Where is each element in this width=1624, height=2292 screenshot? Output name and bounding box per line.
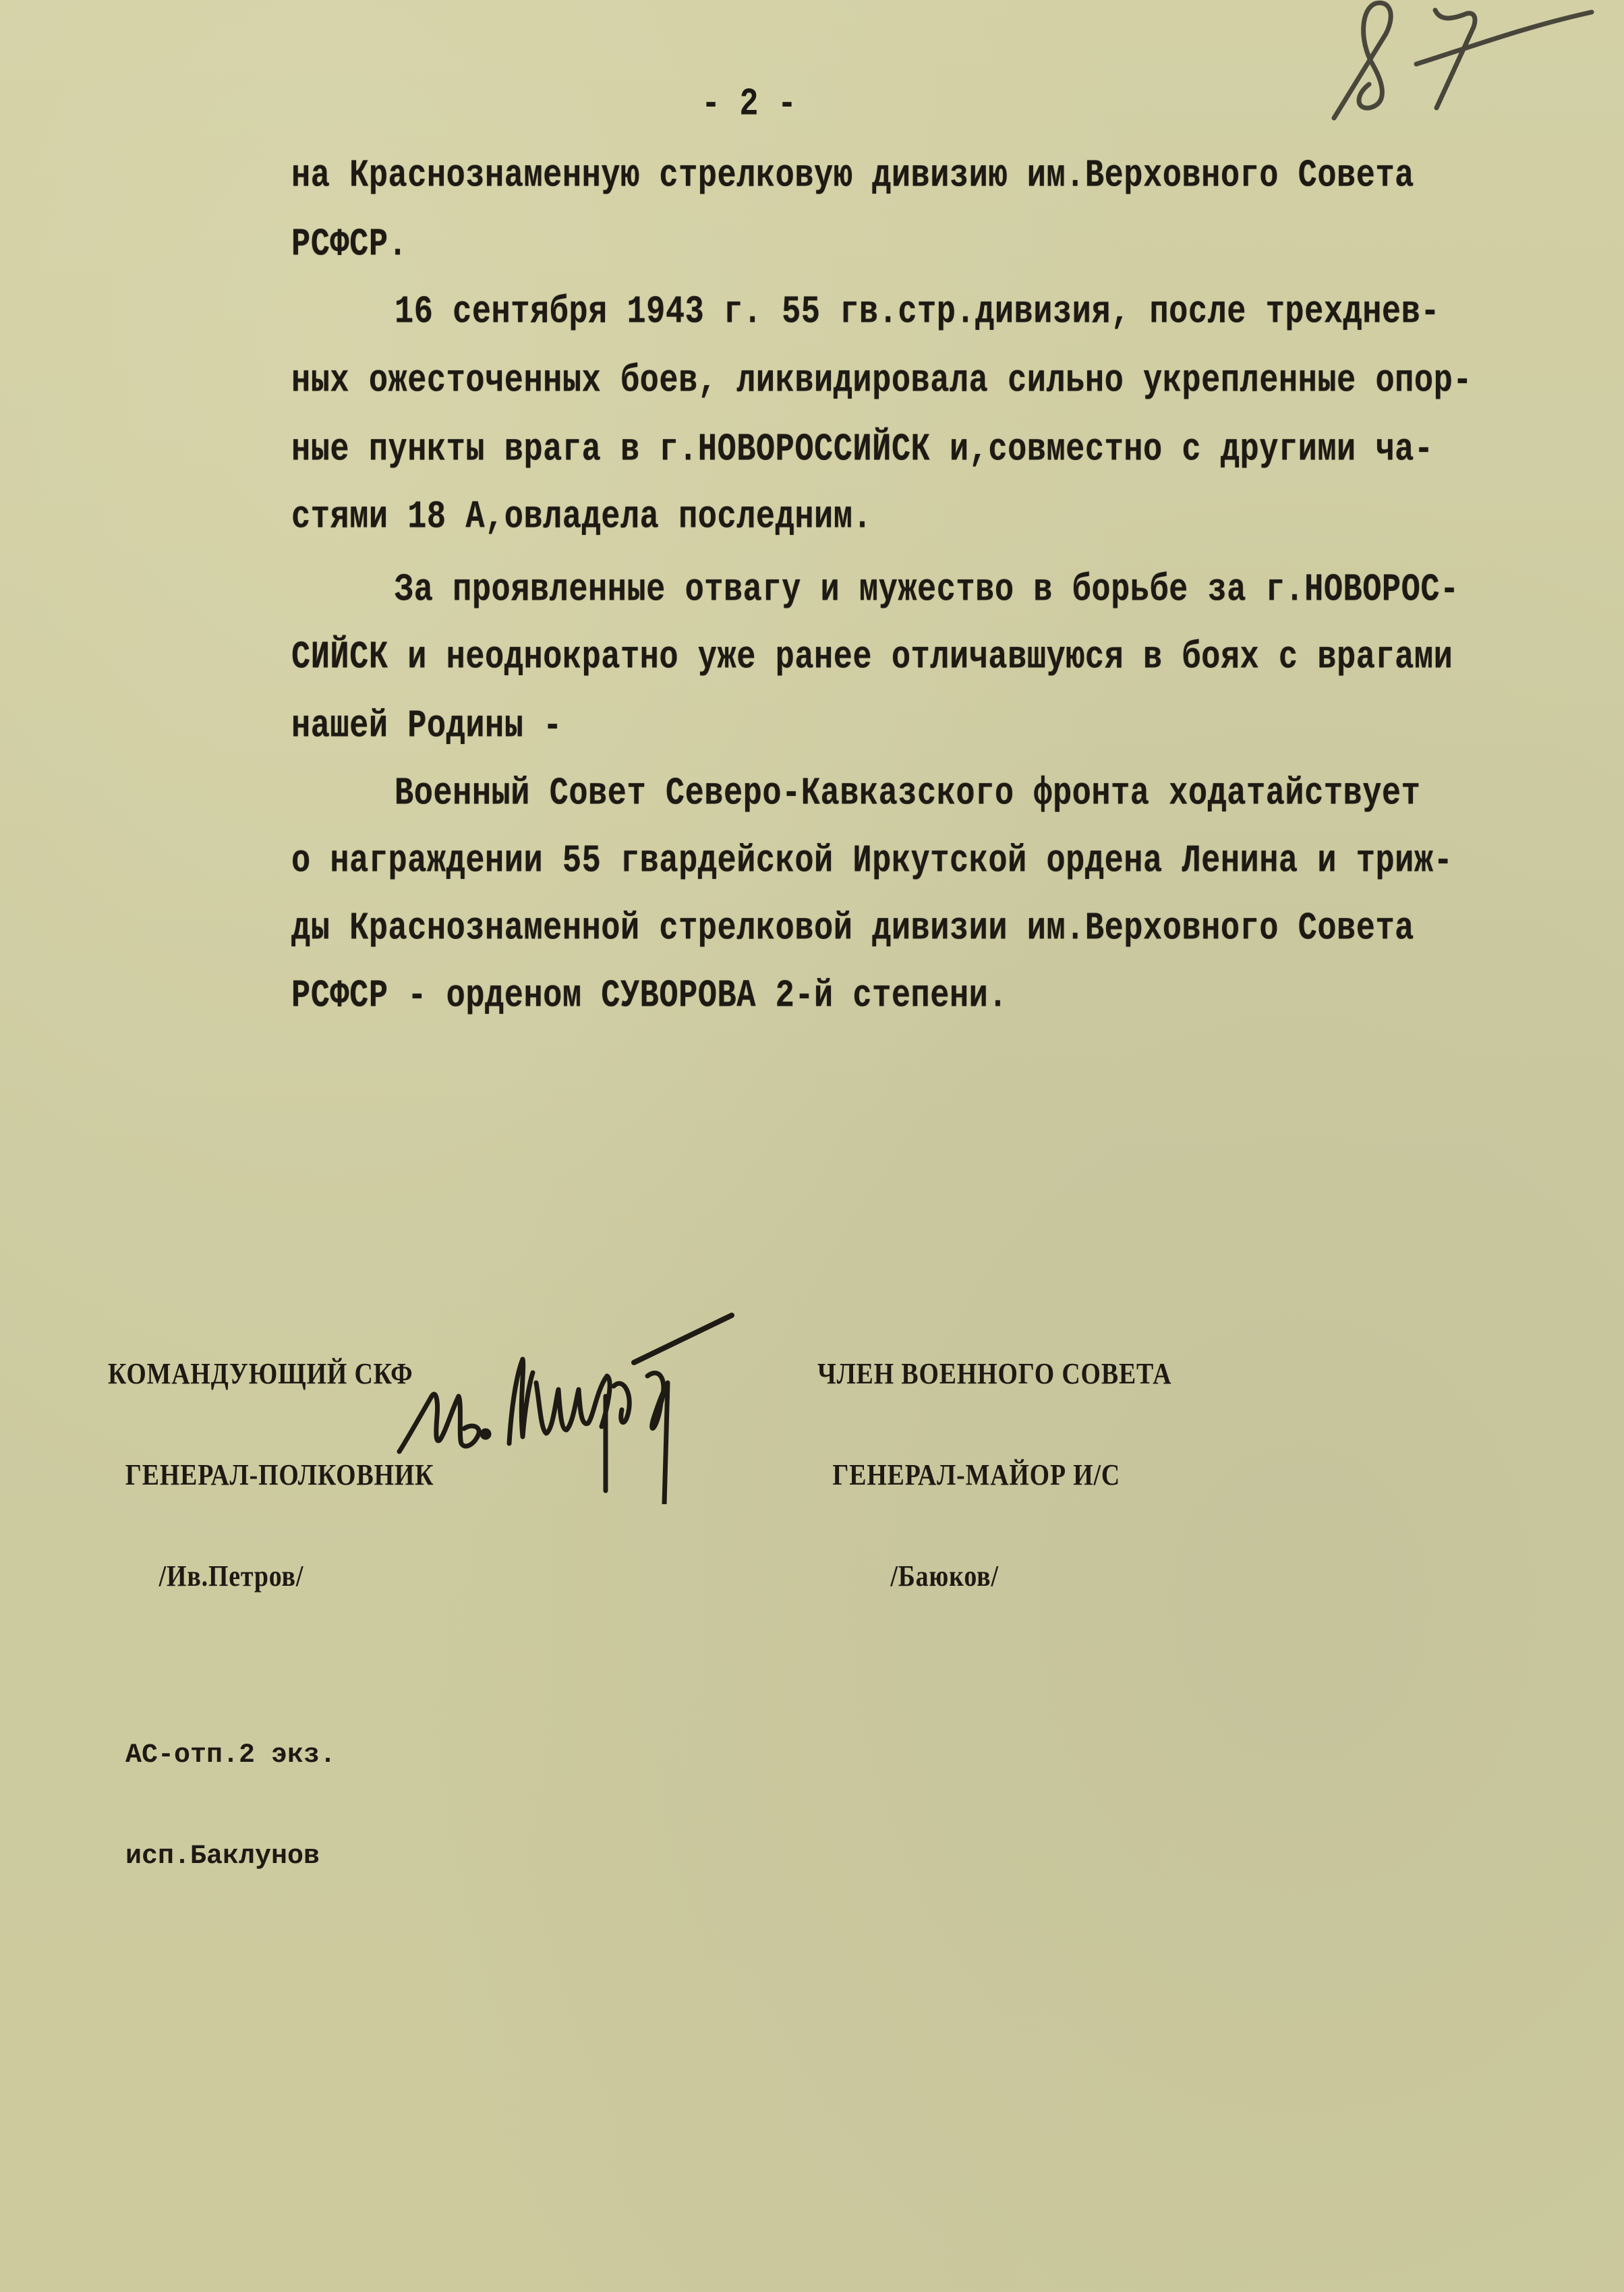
page-marker: - 2 - [701, 82, 796, 128]
body-line: 16 сентября 1943 г. 55 гв.стр.дивизия, п… [395, 290, 1440, 336]
document-page: 87 - 2 - на Краснознаменную стрелковую д… [0, 0, 1624, 2292]
body-line: СИЙСК и неоднократно уже ранее отличавшу… [291, 635, 1453, 681]
footer-executor: исп.Баклунов [125, 1840, 336, 1874]
handwritten-signature: Ив. Петров [391, 1302, 809, 1504]
signatory-right-name: /Баюков/ [817, 1559, 1171, 1593]
body-line: нашей Родины - [291, 704, 562, 750]
body-line: на Краснознаменную стрелковую дивизию им… [291, 154, 1414, 200]
signatory-right-rank: ГЕНЕРАЛ-МАЙОР И/С [817, 1458, 1171, 1492]
body-line: о награждении 55 гвардейской Иркутской о… [291, 839, 1453, 885]
signatory-left-name: /Ив.Петров/ [108, 1559, 434, 1593]
footer-copies: АС-отп.2 экз. [125, 1739, 336, 1773]
signatory-left: КОМАНДУЮЩИЙ СКФ ГЕНЕРАЛ-ПОЛКОВНИК /Ив.Пе… [108, 1290, 434, 1661]
body-line: ных ожесточенных боев, ликвидировала сил… [291, 359, 1472, 405]
body-line: РСФСР. [291, 223, 407, 268]
signatory-left-title: КОМАНДУЮЩИЙ СКФ [108, 1357, 434, 1391]
body-line: ные пункты врага в г.НОВОРОССИЙСК и,совм… [291, 428, 1434, 474]
body-line: ды Краснознаменной стрелковой дивизии им… [291, 907, 1414, 952]
signatory-right: ЧЛЕН ВОЕННОГО СОВЕТА ГЕНЕРАЛ-МАЙОР И/С /… [817, 1290, 1171, 1661]
body-line: Военный Совет Северо-Кавказского фронта … [395, 772, 1420, 818]
signatory-right-title: ЧЛЕН ВОЕННОГО СОВЕТА [817, 1357, 1171, 1391]
handwritten-page-number: 87 [1322, 0, 1619, 135]
footer-note: АС-отп.2 экз. исп.Баклунов [125, 1671, 336, 1941]
body-line: За проявленные отвагу и мужество в борьб… [395, 568, 1459, 614]
signatory-left-rank: ГЕНЕРАЛ-ПОЛКОВНИК [108, 1458, 434, 1492]
body-line: РСФСР - орденом СУВОРОВА 2-й степени. [291, 974, 1008, 1020]
body-line: стями 18 А,овладела последним. [291, 495, 872, 541]
